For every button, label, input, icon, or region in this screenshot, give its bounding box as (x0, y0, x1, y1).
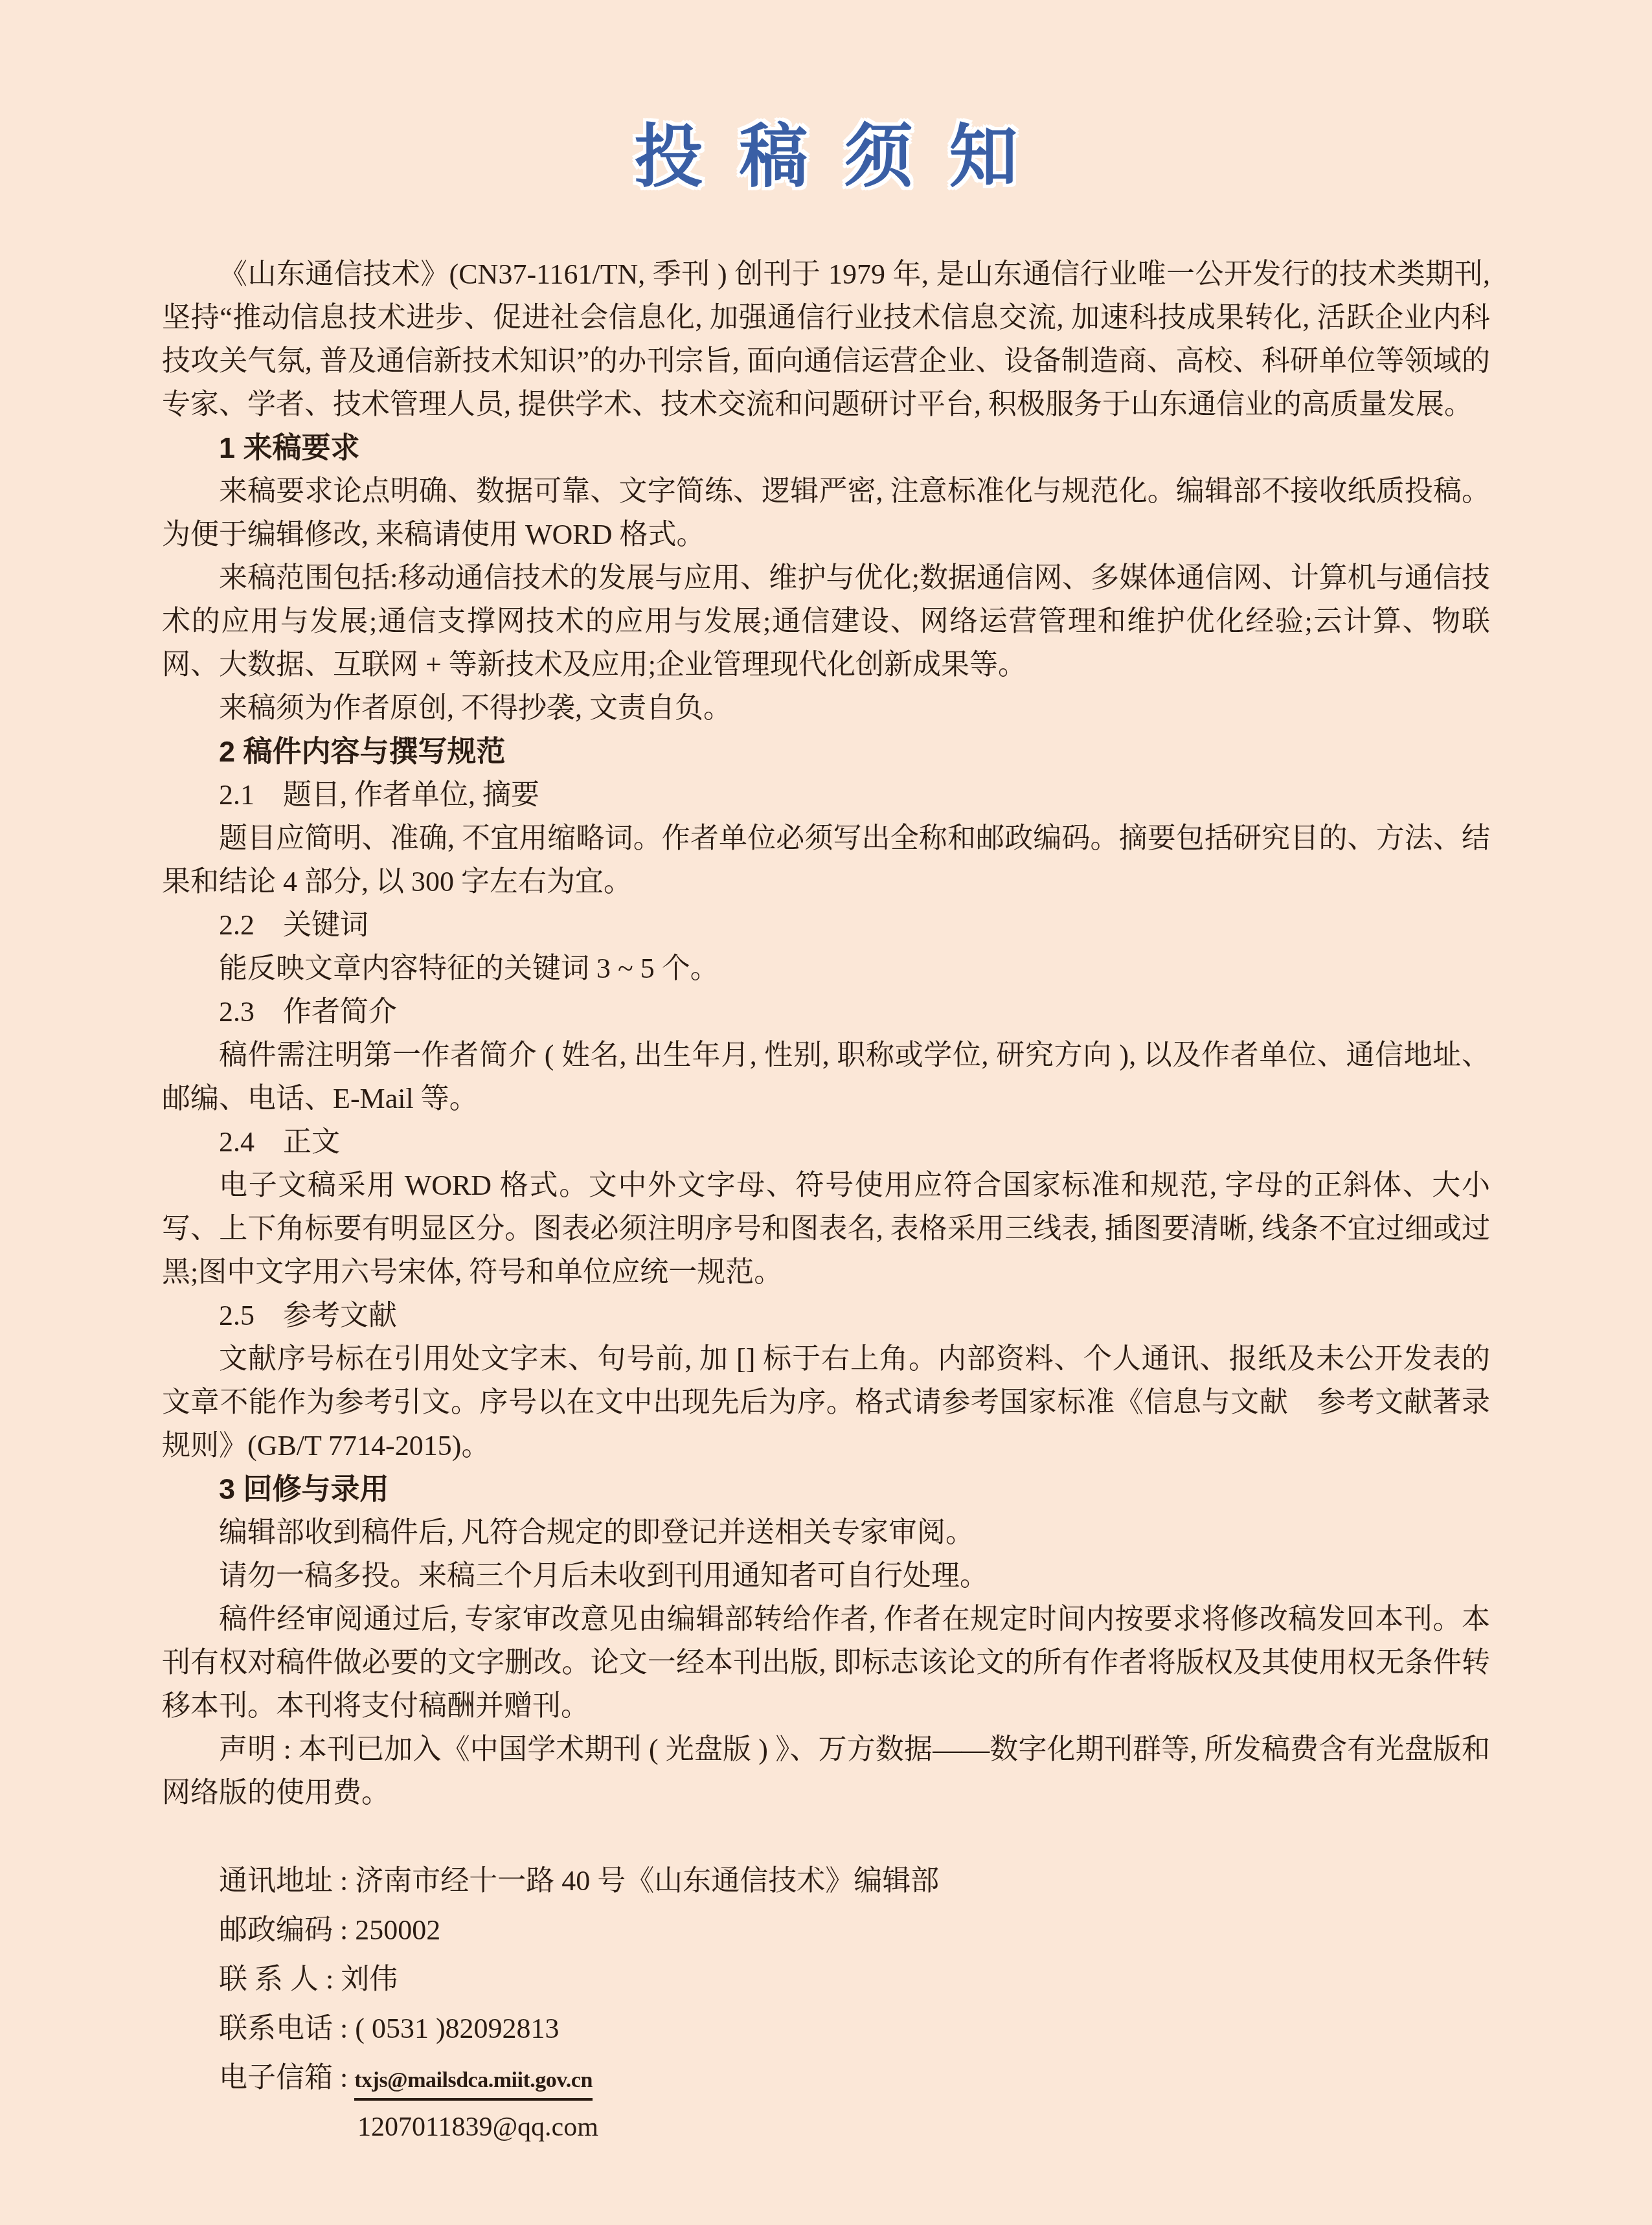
document-body: 《山东通信技术》(CN37-1161/TN, 季刊 ) 创刊于 1979 年, … (162, 253, 1490, 1814)
subheading-title-affiliation-abstract: 2.1 题目, 作者单位, 摘要 (162, 773, 1490, 817)
paragraph-originality: 来稿须为作者原创, 不得抄袭, 文责自负。 (162, 686, 1490, 730)
heading-content-and-writing: 2 稿件内容与撰写规范 (162, 730, 1490, 773)
primary-email-link[interactable]: txjs@mailsdca.miit.gov.cn (354, 2068, 593, 2101)
contact-person: 联 系 人 : 刘伟 (162, 1955, 1490, 2004)
contact-email-label: 电子信箱 : (219, 2062, 348, 2094)
paragraph-scope: 来稿范围包括:移动通信技术的发展与应用、维护与优化;数据通信网、多媒体通信网、计… (162, 556, 1490, 686)
paragraph-declaration: 声明 : 本刊已加入《中国学术期刊 ( 光盘版 ) 》、万方数据——数字化期刊群… (162, 1728, 1490, 1814)
paragraph-registration: 编辑部收到稿件后, 凡符合规定的即登记并送相关专家审阅。 (162, 1511, 1490, 1554)
paragraph-keywords: 能反映文章内容特征的关键词 3 ~ 5 个。 (162, 947, 1490, 990)
heading-revision-acceptance: 3 回修与录用 (162, 1467, 1490, 1511)
contact-postcode: 邮政编码 : 250002 (162, 1906, 1490, 1955)
paragraph-requirements: 来稿要求论点明确、数据可靠、文字简练、逻辑严密, 注意标准化与规范化。编辑部不接… (162, 469, 1490, 556)
paragraph-references: 文献序号标在引用处文字末、句号前, 加 [] 标于右上角。内部资料、个人通讯、报… (162, 1337, 1490, 1467)
journal-notice-page: 投稿须知 《山东通信技术》(CN37-1161/TN, 季刊 ) 创刊于 197… (0, 0, 1652, 2225)
contact-block: 通讯地址 : 济南市经十一路 40 号《山东通信技术》编辑部 邮政编码 : 25… (162, 1857, 1490, 2152)
subheading-keywords: 2.2 关键词 (162, 903, 1490, 947)
paragraph-review-copyright: 稿件经审阅通过后, 专家审改意见由编辑部转给作者, 作者在规定时间内按要求将修改… (162, 1598, 1490, 1728)
contact-phone: 联系电话 : ( 0531 )82092813 (162, 2004, 1490, 2053)
paragraph-author-bio: 稿件需注明第一作者简介 ( 姓名, 出生年月, 性别, 职称或学位, 研究方向 … (162, 1033, 1490, 1120)
paragraph-main-text: 电子文稿采用 WORD 格式。文中外文字母、符号使用应符合国家标准和规范, 字母… (162, 1164, 1490, 1294)
heading-submission-requirements: 1 来稿要求 (162, 426, 1490, 469)
paragraph-no-duplicate-submission: 请勿一稿多投。来稿三个月后未收到刊用通知者可自行处理。 (162, 1554, 1490, 1598)
contact-email-line: 电子信箱 :txjs@mailsdca.miit.gov.cn (162, 2053, 1490, 2103)
intro-paragraph: 《山东通信技术》(CN37-1161/TN, 季刊 ) 创刊于 1979 年, … (162, 253, 1490, 426)
subheading-author-bio: 2.3 作者简介 (162, 990, 1490, 1033)
page-title: 投稿须知 (0, 0, 1652, 197)
paragraph-title-abstract: 题目应简明、准确, 不宜用缩略词。作者单位必须写出全称和邮政编码。摘要包括研究目… (162, 817, 1490, 903)
contact-address: 通讯地址 : 济南市经十一路 40 号《山东通信技术》编辑部 (162, 1857, 1490, 1906)
subheading-main-text: 2.4 正文 (162, 1120, 1490, 1164)
subheading-references: 2.5 参考文献 (162, 1294, 1490, 1337)
secondary-email: 1207011839@qq.com (162, 2103, 1490, 2152)
